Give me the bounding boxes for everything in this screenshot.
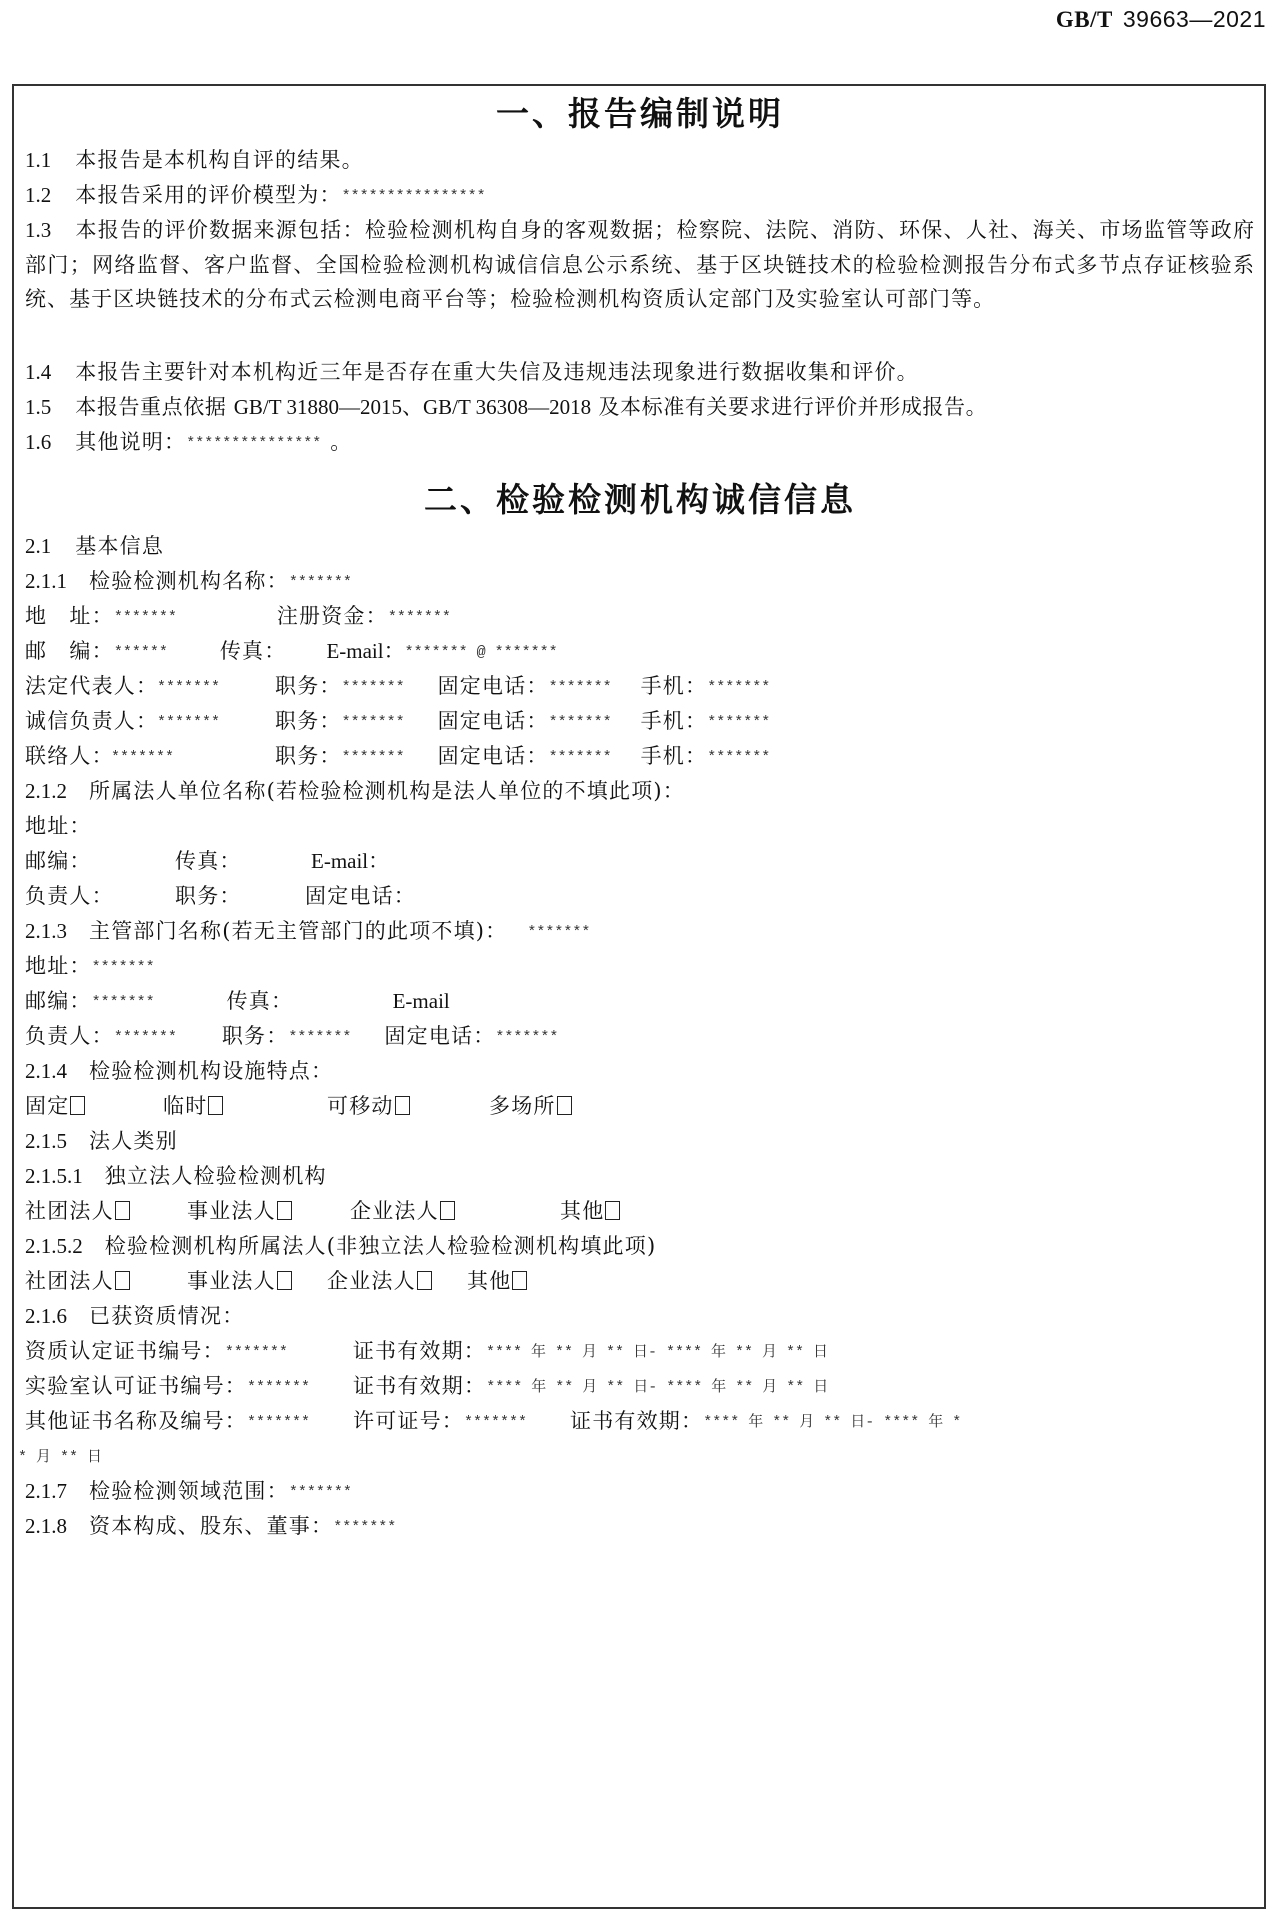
item-1-3: 1.3本报告的评价数据来源包括：检验检测机构自身的客观数据；检察院、法院、消防、…	[25, 213, 1255, 317]
parent-address-row: 地址：	[25, 812, 92, 840]
person-row-contact: 联络人：*******职务：*******固定电话：*******手机：****…	[25, 742, 770, 772]
facility-fixed[interactable]: 固定	[25, 1092, 163, 1120]
checkbox[interactable]	[440, 1201, 455, 1220]
section-2-title: 二、检验检测机构诚信信息	[0, 474, 1280, 521]
cnas-cert-row: 实验室认可证书编号：*******证书有效期：**** 年 ** 月 ** 日-…	[25, 1372, 828, 1402]
facility-temporary[interactable]: 临时	[163, 1092, 327, 1120]
standard-code: GB/T39663—2021	[1056, 6, 1266, 33]
option-public-inst[interactable]: 事业法人	[187, 1197, 350, 1225]
checkbox[interactable]	[277, 1271, 292, 1290]
section-1-title: 一、报告编制说明	[0, 88, 1280, 135]
option-other[interactable]: 其他	[467, 1269, 527, 1293]
item-2-1-7: 2.1.7检验检测领域范围：*******	[25, 1477, 352, 1507]
authority-leader-row: 负责人：*******职务：*******固定电话：*******	[25, 1022, 558, 1052]
standard-number: 39663—2021	[1123, 6, 1266, 32]
checkbox[interactable]	[208, 1096, 223, 1115]
checkbox[interactable]	[115, 1271, 130, 1290]
masked-value: ****************	[342, 188, 486, 205]
checkbox[interactable]	[417, 1271, 432, 1290]
address-row: 地 址：*******注册资金：*******	[25, 602, 451, 632]
checkbox[interactable]	[395, 1096, 410, 1115]
item-2-1: 2.1基本信息	[25, 532, 164, 560]
item-1-4: 1.4本报告主要针对本机构近三年是否存在重大失信及违规违法现象进行数据收集和评价…	[25, 358, 919, 386]
authority-address-row: 地址：*******	[25, 952, 155, 982]
item-1-5: 1.5本报告重点依据 GB/T 31880—2015、GB/T 36308—20…	[25, 393, 987, 421]
item-1-6: 1.6其他说明：*************** 。	[25, 428, 352, 458]
option-other[interactable]: 其他	[560, 1199, 620, 1223]
person-row-legal-rep: 法定代表人：*******职务：*******固定电话：*******手机：**…	[25, 672, 770, 702]
authority-field[interactable]: *******	[527, 924, 590, 941]
checkbox[interactable]	[512, 1271, 527, 1290]
option-public-inst[interactable]: 事业法人	[187, 1267, 327, 1295]
checkbox[interactable]	[557, 1096, 572, 1115]
scope-field[interactable]: *******	[289, 1484, 352, 1501]
org-name-field[interactable]: *******	[289, 574, 352, 591]
checkbox[interactable]	[115, 1201, 130, 1220]
standard-prefix: GB/T	[1056, 7, 1113, 32]
capital-field[interactable]: *******	[388, 609, 451, 626]
person-row-integrity-lead: 诚信负责人：*******职务：*******固定电话：*******手机：**…	[25, 707, 770, 737]
cma-cert-row: 资质认定证书编号：*******证书有效期：**** 年 ** 月 ** 日- …	[25, 1337, 828, 1367]
independent-legal-options: 社团法人事业法人企业法人其他	[25, 1197, 620, 1225]
option-social-org[interactable]: 社团法人	[25, 1267, 187, 1295]
item-2-1-4: 2.1.4检验检测机构设施特点：	[25, 1057, 333, 1085]
item-2-1-1: 2.1.1检验检测机构名称：*******	[25, 567, 352, 597]
address-field[interactable]: *******	[114, 609, 177, 626]
other-cert-row: 其他证书名称及编号：*******许可证号：*******证书有效期：**** …	[25, 1407, 961, 1437]
item-1-2: 1.2本报告采用的评价模型为：****************	[25, 181, 486, 211]
item-2-1-5-2: 2.1.5.2检验检测机构所属法人(非独立法人检验检测机构填此项)	[25, 1232, 656, 1260]
capital-structure-field[interactable]: *******	[333, 1519, 396, 1536]
facility-mobile[interactable]: 可移动	[327, 1092, 489, 1120]
item-2-1-5: 2.1.5法人类别	[25, 1127, 178, 1155]
facility-multi-site[interactable]: 多场所	[489, 1094, 572, 1118]
checkbox[interactable]	[277, 1201, 292, 1220]
authority-contact-row: 邮编：*******传真：E-mail	[25, 987, 450, 1017]
other-cert-row-wrap: * 月 ** 日	[18, 1442, 102, 1472]
item-2-1-5-1: 2.1.5.1独立法人检验检测机构	[25, 1162, 327, 1190]
option-enterprise[interactable]: 企业法人	[350, 1197, 560, 1225]
item-2-1-8: 2.1.8资本构成、股东、董事：*******	[25, 1512, 396, 1542]
item-1-1: 1.1本报告是本机构自评的结果。	[25, 146, 364, 174]
option-enterprise[interactable]: 企业法人	[327, 1267, 467, 1295]
facility-options: 固定临时可移动多场所	[25, 1092, 572, 1120]
item-2-1-2: 2.1.2所属法人单位名称(若检验检测机构是法人单位的不填此项)：	[25, 777, 685, 805]
postcode-field[interactable]: ******	[114, 644, 168, 661]
checkbox[interactable]	[605, 1201, 620, 1220]
parent-contact-row: 邮编：传真：E-mail：	[25, 847, 389, 875]
item-2-1-6: 2.1.6已获资质情况：	[25, 1302, 244, 1330]
email-field[interactable]: ******* @ *******	[405, 644, 558, 661]
option-social-org[interactable]: 社团法人	[25, 1197, 187, 1225]
item-2-1-3: 2.1.3主管部门名称(若无主管部门的此项不填)：*******	[25, 917, 590, 947]
parent-leader-row: 负责人：职务：固定电话：	[25, 882, 416, 910]
checkbox[interactable]	[70, 1096, 85, 1115]
affiliated-legal-options: 社团法人事业法人企业法人其他	[25, 1267, 527, 1295]
standard-refs: GB/T 31880—2015、GB/T 36308—2018	[234, 395, 591, 419]
contact-row: 邮 编：******传真：E-mail：******* @ *******	[25, 637, 558, 667]
